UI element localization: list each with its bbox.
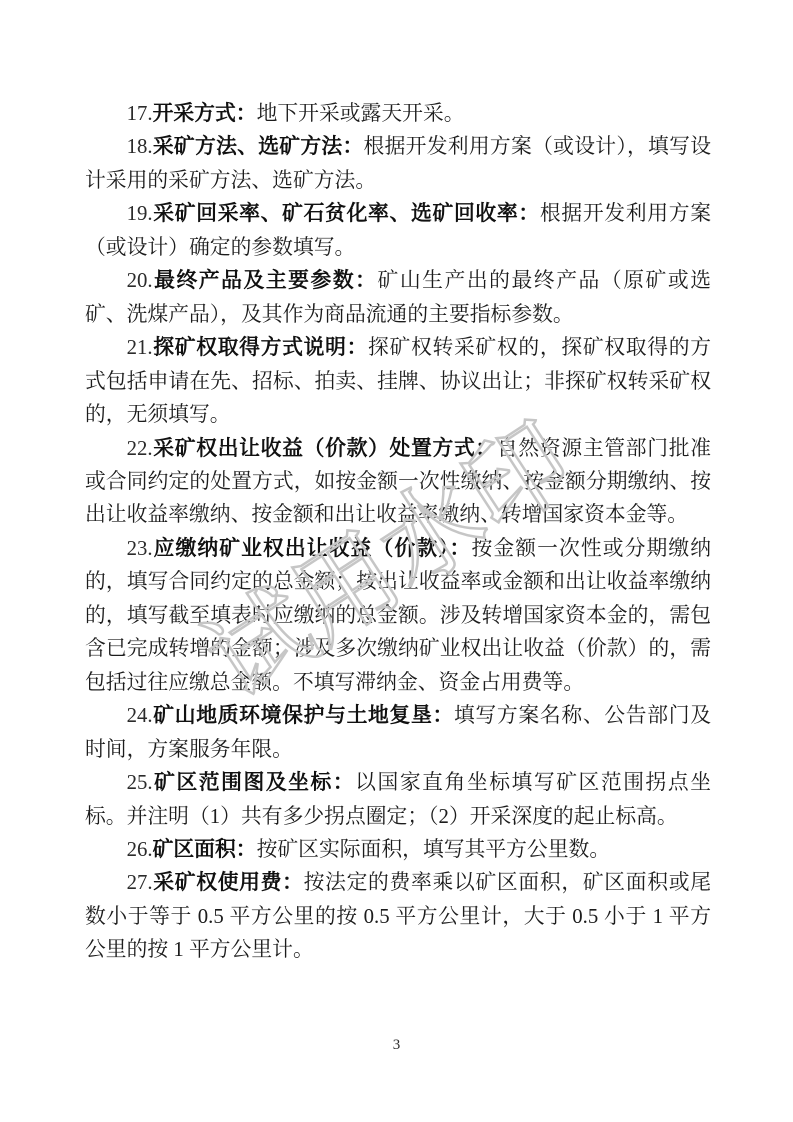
item-number: 17.	[127, 102, 153, 125]
item-body: 按矿区实际面积，填写其平方公里数。	[257, 838, 611, 861]
item-heading: 应缴纳矿业权出让收益（价款）：	[153, 537, 472, 560]
item-heading: 矿区范围图及坐标：	[153, 771, 356, 794]
item-number: 22.	[127, 437, 153, 460]
list-item: 22.采矿权出让收益（价款）处置方式：自然资源主管部门批准或合同约定的处置方式，…	[85, 432, 711, 532]
page-number: 3	[0, 1037, 793, 1054]
item-heading: 最终产品及主要参数：	[153, 269, 378, 292]
item-number: 19.	[127, 202, 153, 225]
list-item: 19.采矿回采率、矿石贫化率、选矿回收率：根据开发利用方案（或设计）确定的参数填…	[85, 197, 711, 264]
item-heading: 采矿方法、选矿方法：	[153, 135, 364, 158]
list-item: 24.矿山地质环境保护与土地复垦：填写方案名称、公告部门及时间，方案服务年限。	[85, 699, 711, 766]
list-item: 20.最终产品及主要参数：矿山生产出的最终产品（原矿或选矿、洗煤产品），及其作为…	[85, 264, 711, 331]
document-page: 试用水印 17.开采方式：地下开采或露天开采。 18.采矿方法、选矿方法：根据开…	[0, 0, 793, 1122]
item-number: 23.	[127, 537, 153, 560]
document-body: 17.开采方式：地下开采或露天开采。 18.采矿方法、选矿方法：根据开发利用方案…	[85, 97, 711, 967]
item-body: 地下开采或露天开采。	[257, 102, 465, 125]
item-heading: 采矿权出让收益（价款）处置方式：	[153, 437, 497, 460]
item-number: 27.	[127, 871, 153, 894]
list-item: 27.采矿权使用费：按法定的费率乘以矿区面积，矿区面积或尾数小于等于 0.5 平…	[85, 866, 711, 966]
list-item: 18.采矿方法、选矿方法：根据开发利用方案（或设计），填写设计采用的采矿方法、选…	[85, 130, 711, 197]
item-heading: 开采方式：	[153, 102, 257, 125]
list-item: 25.矿区范围图及坐标：以国家直角坐标填写矿区范围拐点坐标。并注明（1）共有多少…	[85, 766, 711, 833]
item-heading: 采矿权使用费：	[153, 871, 304, 894]
list-item: 17.开采方式：地下开采或露天开采。	[85, 97, 711, 130]
item-heading: 采矿回采率、矿石贫化率、选矿回收率：	[153, 202, 540, 225]
item-heading: 矿区面积：	[153, 838, 257, 861]
list-item: 21.探矿权取得方式说明：探矿权转采矿权的，探矿权取得的方式包括申请在先、招标、…	[85, 331, 711, 431]
item-heading: 矿山地质环境保护与土地复垦：	[153, 704, 454, 727]
item-heading: 探矿权取得方式说明：	[153, 336, 368, 359]
list-item: 26.矿区面积：按矿区实际面积，填写其平方公里数。	[85, 833, 711, 866]
item-body: 按金额一次性或分期缴纳的，填写合同约定的总金额；按出让收益率或金额和出让收益率缴…	[85, 537, 711, 694]
item-number: 21.	[127, 336, 153, 359]
item-number: 26.	[127, 838, 153, 861]
item-number: 24.	[127, 704, 153, 727]
item-number: 25.	[127, 771, 153, 794]
item-number: 20.	[127, 269, 153, 292]
list-item: 23.应缴纳矿业权出让收益（价款）：按金额一次性或分期缴纳的，填写合同约定的总金…	[85, 532, 711, 699]
item-number: 18.	[127, 135, 153, 158]
